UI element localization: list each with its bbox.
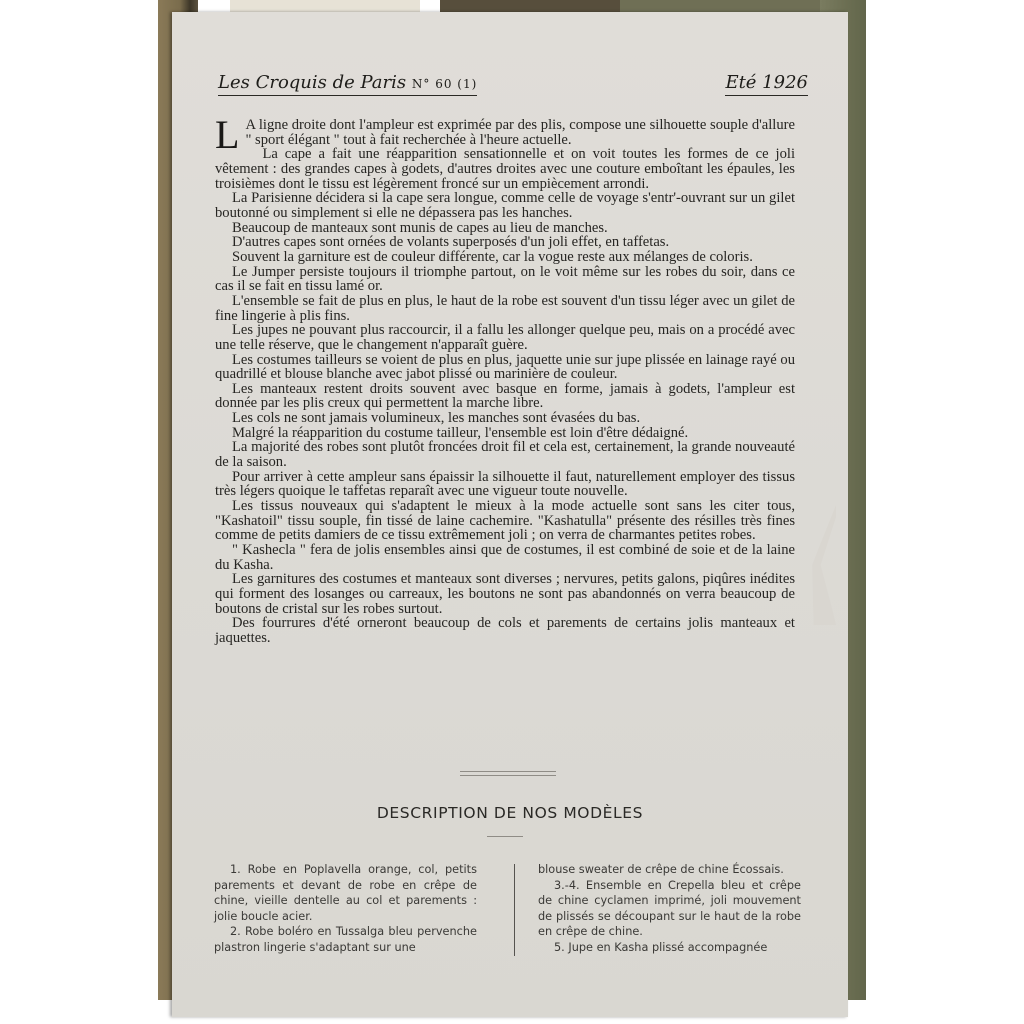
article-paragraph: La Parisienne décidera si la cape sera l… — [215, 191, 795, 220]
article-paragraph: Les manteaux restent droits souvent avec… — [215, 382, 795, 411]
model-description: blouse sweater de crêpe de chine Écossai… — [538, 862, 801, 878]
section-divider-ornament — [460, 771, 556, 776]
article-paragraph: " Kashecla " fera de jolis ensembles ain… — [215, 543, 795, 572]
article-paragraph: Le Jumper persiste toujours il triomphe … — [215, 265, 795, 294]
page-header: Les Croquis de Paris N° 60 (1) Eté 1926 — [218, 72, 808, 100]
article-paragraph: Souvent la garniture est de couleur diff… — [215, 250, 795, 265]
article-paragraph: Beaucoup de manteaux sont munis de capes… — [215, 221, 795, 236]
article-paragraph: LA ligne droite dont l'ampleur est expri… — [215, 118, 795, 147]
models-section-title: DESCRIPTION DE NOS MODÈLES — [300, 804, 720, 822]
article-paragraph: Malgré la réapparition du costume taille… — [215, 426, 795, 441]
drop-cap: L — [215, 120, 239, 150]
article-paragraph: Pour arriver à cette ampleur sans épaiss… — [215, 470, 795, 499]
models-column-left: 1. Robe en Poplavella orange, col, petit… — [214, 862, 477, 955]
model-description: 2. Robe boléro en Tussalga bleu pervench… — [214, 924, 477, 955]
column-divider — [514, 864, 515, 956]
season-label: Eté 1926 — [725, 72, 808, 96]
article-paragraph: Les garnitures des costumes et manteaux … — [215, 572, 795, 616]
article-paragraph: Des fourrures d'été orneront beaucoup de… — [215, 616, 795, 645]
publication-name: Les Croquis de Paris — [218, 72, 406, 93]
title-underline — [487, 836, 523, 837]
article-paragraph: Les tissus nouveaux qui s'adaptent le mi… — [215, 499, 795, 543]
models-column-right: blouse sweater de crêpe de chine Écossai… — [538, 862, 801, 955]
article-paragraph: La majorité des robes sont plutôt froncé… — [215, 440, 795, 469]
model-description: 1. Robe en Poplavella orange, col, petit… — [214, 862, 477, 924]
article-paragraph: Les jupes ne pouvant plus raccourcir, il… — [215, 323, 795, 352]
issue-number: N° 60 (1) — [412, 77, 477, 91]
article-paragraph: Les cols ne sont jamais volumineux, les … — [215, 411, 795, 426]
article-paragraph: D'autres capes sont ornées de volants su… — [215, 235, 795, 250]
article-paragraph: La cape a fait une réapparition sensatio… — [215, 147, 795, 191]
model-description: 3.-4. Ensemble en Crepella bleu et crêpe… — [538, 878, 801, 940]
publication-title: Les Croquis de Paris N° 60 (1) — [218, 72, 477, 96]
model-description: 5. Jupe en Kasha plissé accompagnée — [538, 940, 801, 956]
article-body: LA ligne droite dont l'ampleur est expri… — [215, 118, 795, 646]
article-paragraph: L'ensemble se fait de plus en plus, le h… — [215, 294, 795, 323]
article-paragraph: Les costumes tailleurs se voient de plus… — [215, 353, 795, 382]
